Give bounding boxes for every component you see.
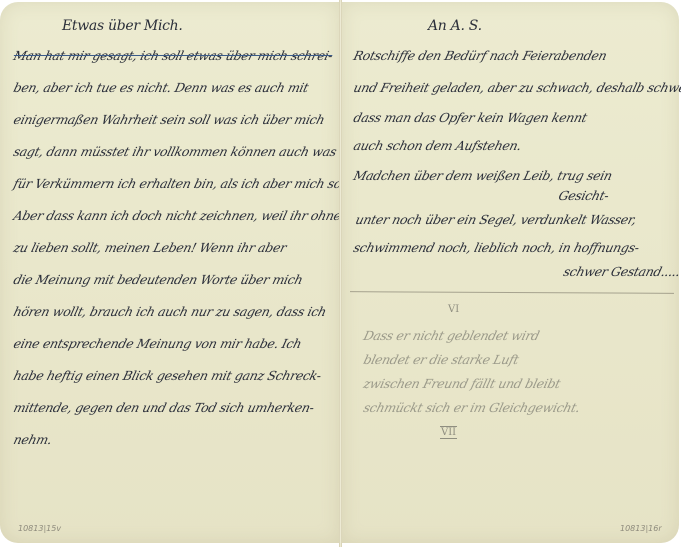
manuscript-line: nehm. bbox=[12, 432, 54, 447]
manuscript-line: für Verkümmern ich erhalten bin, als ich… bbox=[12, 176, 378, 191]
pencil-line: blendet er die starke Luft bbox=[362, 352, 520, 367]
manuscript-line: auch schon dem Aufstehen. bbox=[352, 138, 523, 153]
right-page-title: An A. S. bbox=[428, 18, 482, 34]
manuscript-line: sagt, dann müsstet ihr vollkommen können… bbox=[12, 144, 338, 159]
manuscript-line: ben, aber ich tue es nicht. Denn was es … bbox=[12, 80, 310, 95]
left-page-title: Etwas über Mich. bbox=[62, 18, 183, 34]
manuscript-line: und Freiheit geladen, aber zu schwach, d… bbox=[352, 80, 681, 95]
manuscript-line: schwimmend noch, lieblich noch, in hoffn… bbox=[352, 240, 641, 255]
section-marker-top: VI bbox=[448, 304, 459, 315]
shelfmark-label: 10813|15v bbox=[18, 524, 61, 533]
manuscript-line: Man hat mir gesagt, ich soll etwas über … bbox=[12, 48, 334, 63]
pencil-line: schmückt sich er im Gleichgewicht. bbox=[362, 400, 582, 415]
manuscript-line: hören wollt, brauch ich auch nur zu sage… bbox=[12, 304, 328, 319]
manuscript-line: zu lieben sollt, meinen Leben! Wenn ihr … bbox=[12, 240, 288, 255]
manuscript-line: eine entsprechende Meinung von mir habe.… bbox=[12, 336, 303, 351]
manuscript-line: dass man das Opfer kein Wagen kennt bbox=[352, 110, 589, 125]
right-page: An A. S. Rotschiffe den Bedürf nach Feie… bbox=[342, 2, 679, 543]
shelfmark-label: 10813|16r bbox=[620, 524, 662, 533]
manuscript-line: habe heftig einen Blick gesehen mit ganz… bbox=[12, 368, 323, 383]
manuscript-line: Madchen über dem weißen Leib, trug sein bbox=[352, 168, 614, 183]
pencil-line: zwischen Freund fällt und bleibt bbox=[362, 376, 562, 391]
manuscript-line: die Meinung mit bedeutenden Worte über m… bbox=[12, 272, 304, 287]
pencil-line: Dass er nicht geblendet wird bbox=[362, 328, 541, 343]
section-marker-bottom: VII bbox=[440, 426, 457, 439]
manuscript-line: Rotschiffe den Bedürf nach Feierabenden bbox=[352, 48, 608, 63]
manuscript-line: mittende, gegen den und das Tod sich umh… bbox=[12, 400, 316, 415]
manuscript-line: unter noch über ein Segel, verdunkelt Wa… bbox=[354, 212, 638, 227]
manuscript-line: schwer Gestand..... bbox=[562, 264, 681, 279]
manuscript-line: Gesicht- bbox=[557, 188, 610, 203]
left-page: Etwas über Mich. Man hat mir gesagt, ich… bbox=[0, 2, 339, 543]
manuscript-spread: Etwas über Mich. Man hat mir gesagt, ich… bbox=[0, 0, 681, 547]
manuscript-line: einigermaßen Wahrheit sein soll was ich … bbox=[12, 112, 326, 127]
manuscript-line: Aber dass kann ich doch nicht zeichnen, … bbox=[12, 208, 343, 223]
